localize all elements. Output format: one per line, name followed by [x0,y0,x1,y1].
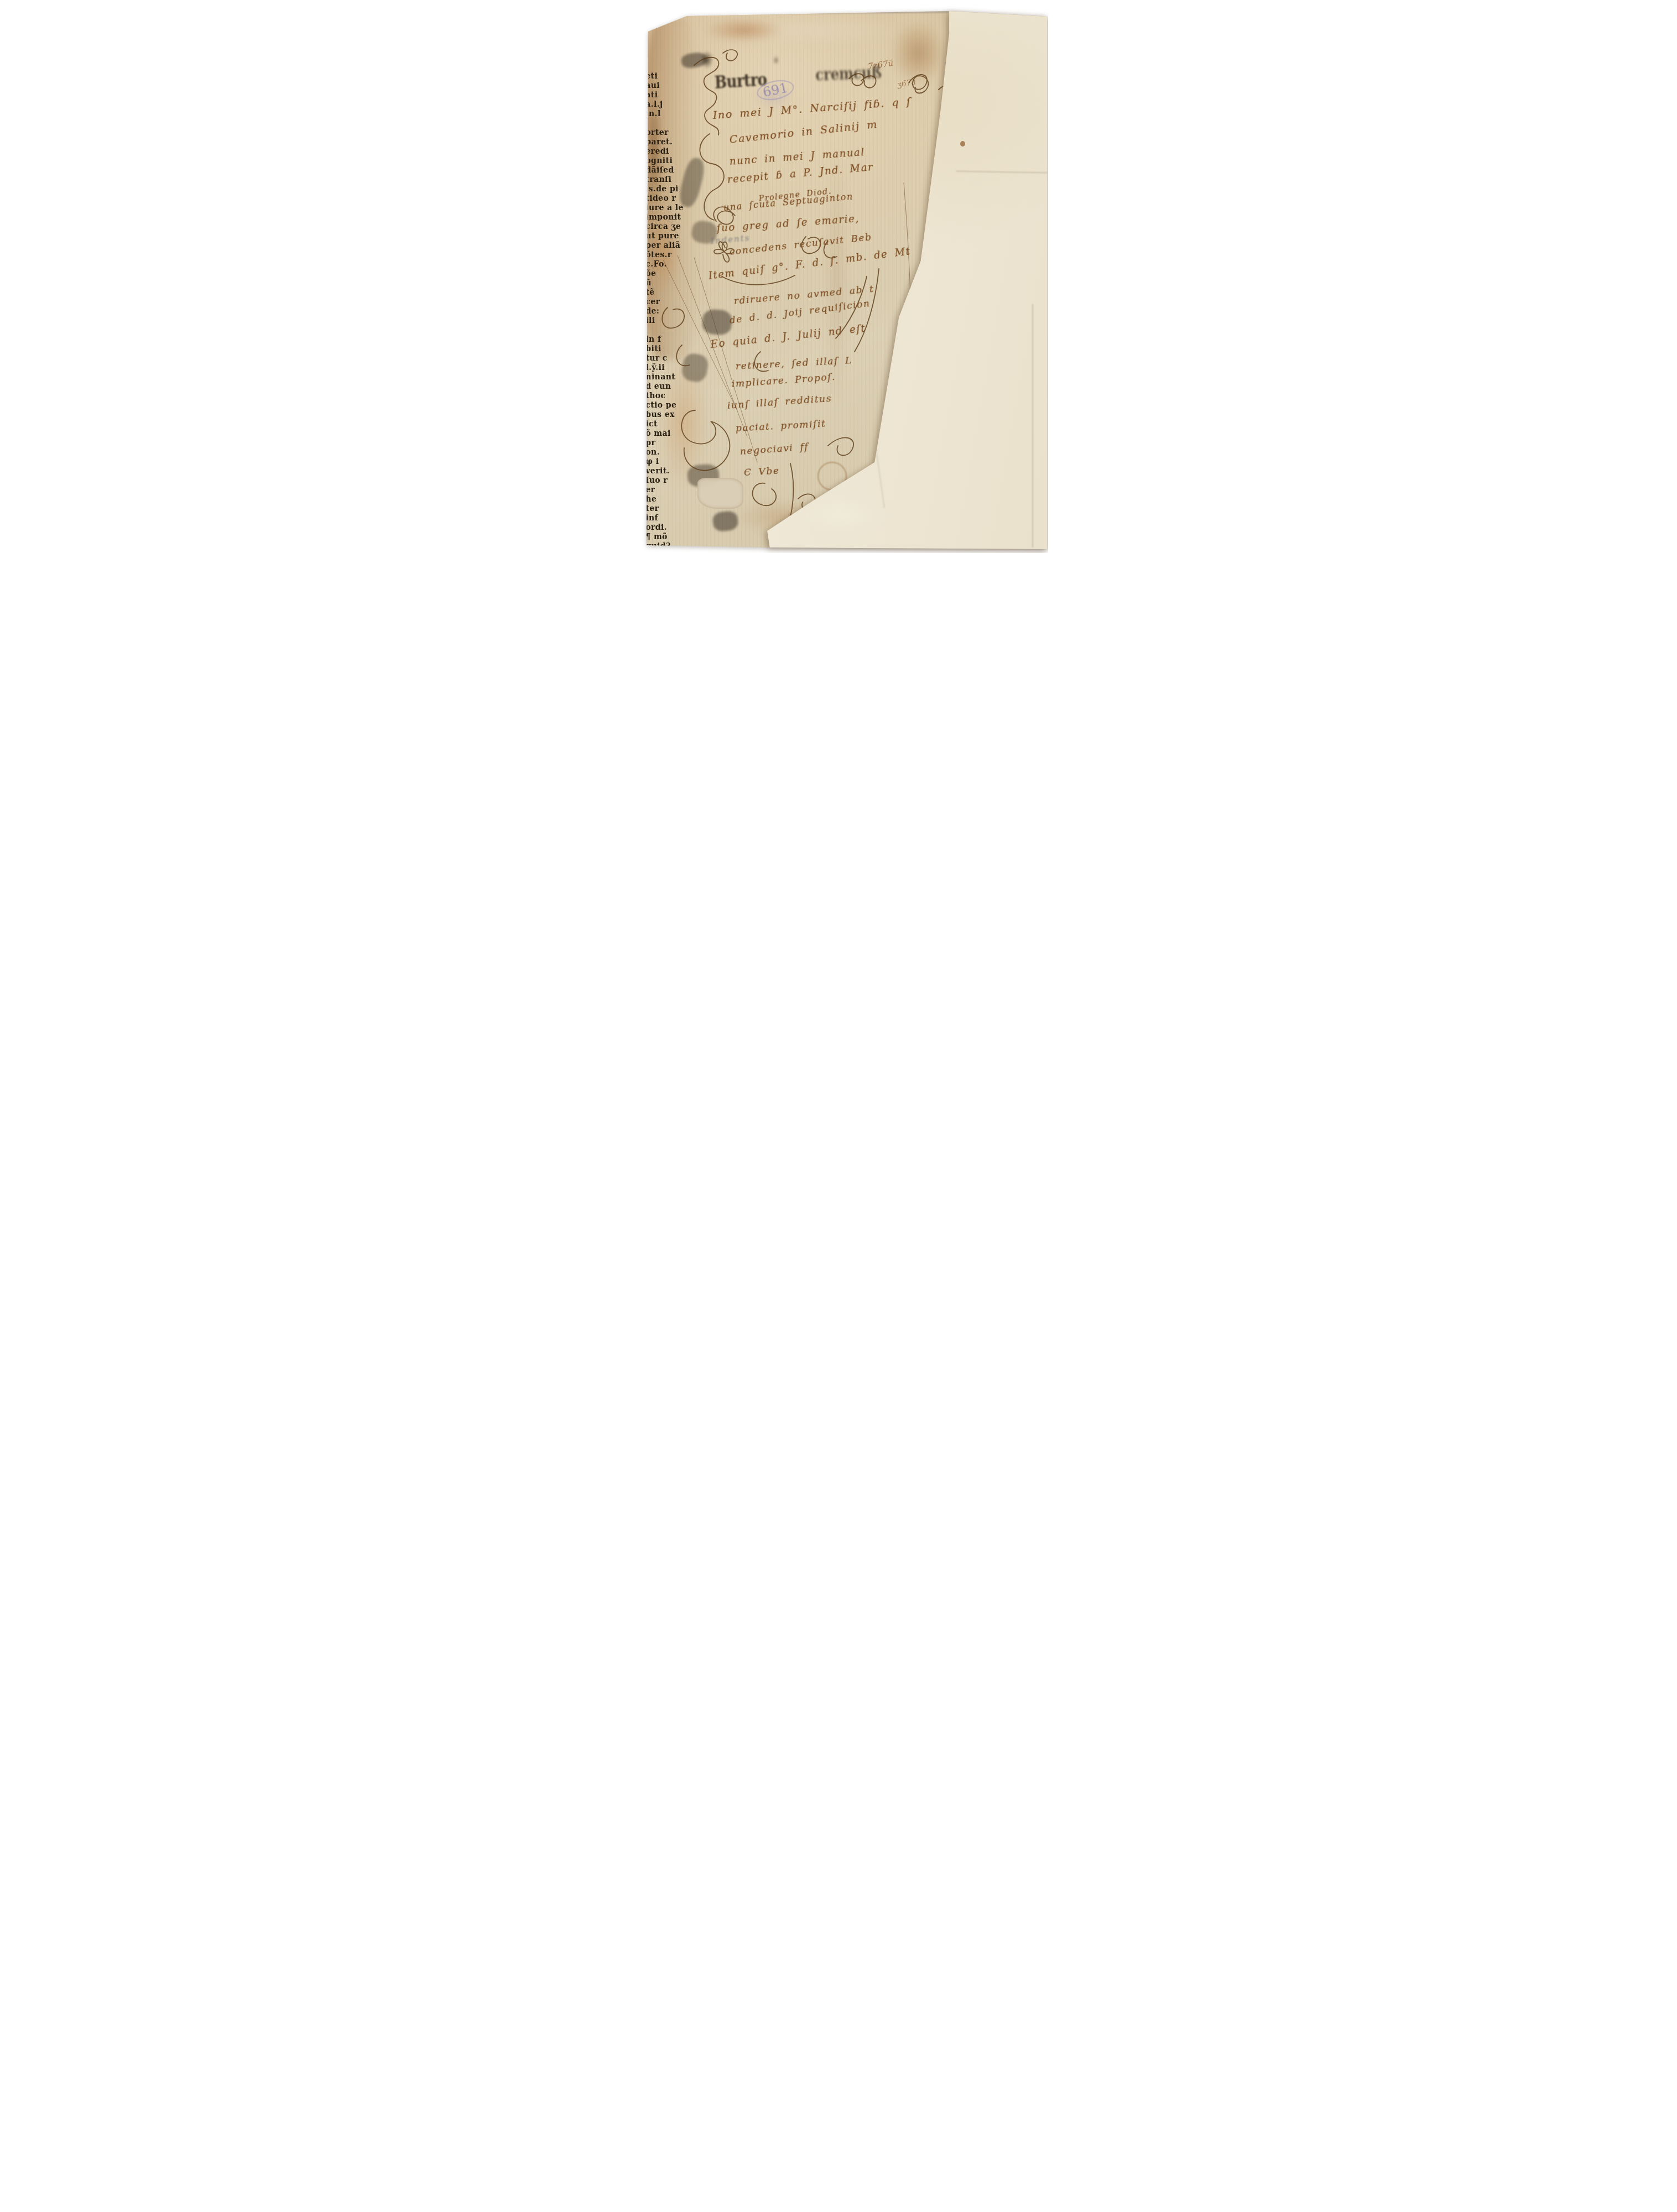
vellum-flap [629,0,1048,553]
flap-light-zone [780,487,905,542]
flap-crease-vertical [1032,304,1033,547]
flap-stain-center [860,44,952,144]
vellum-flap-wrap [629,0,1048,553]
photo-of-manuscript: etiauiatia.l.jin.lorterparet.erediogniti… [629,0,1048,553]
flap-crease-horizontal [956,171,1048,174]
flap-stain-speck [960,141,965,147]
flap-crease-diagonal [861,343,885,508]
flap-stain-top [889,17,947,55]
